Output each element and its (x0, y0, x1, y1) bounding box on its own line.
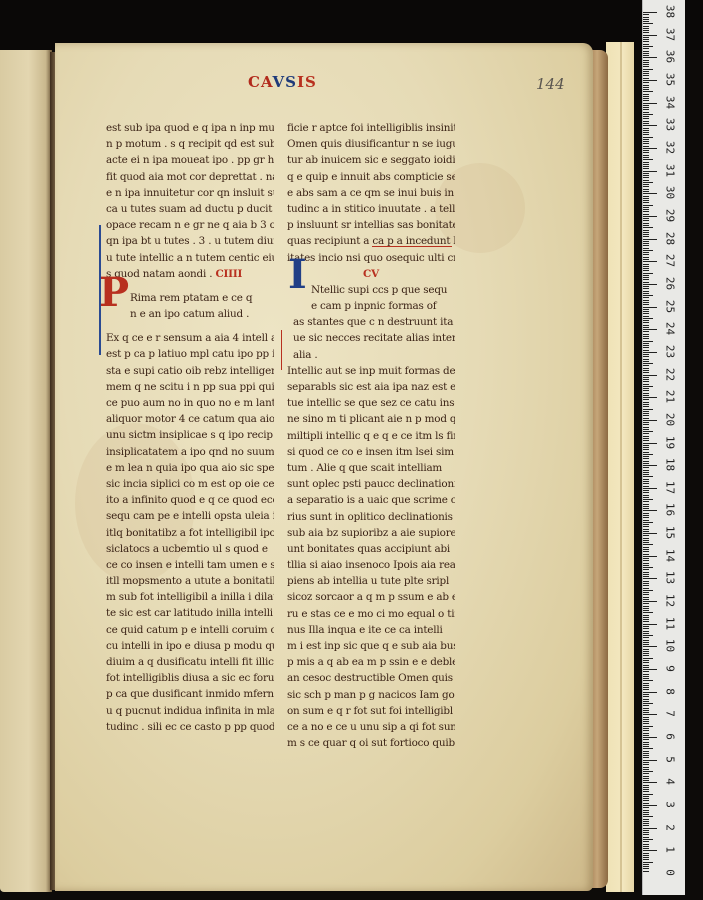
ruler-tick (643, 420, 657, 421)
text-column-a: est sub ipa quod e q ipa n inp mut ites … (106, 120, 274, 735)
ruler-tick (643, 273, 653, 274)
ruler-tick (643, 211, 649, 212)
running-title-red: CA (248, 73, 273, 91)
ruler-tick (643, 78, 649, 79)
ruler-tick (643, 479, 649, 480)
ruler-tick (643, 94, 649, 95)
ruler-tick (643, 567, 653, 568)
ruler-tick (643, 674, 649, 675)
ruler-tick (643, 549, 649, 550)
ruler-tick (643, 352, 657, 353)
ruler-tick (643, 680, 653, 681)
ruler-tick (643, 814, 649, 815)
ruler-tick (643, 134, 649, 135)
ruler-tick (643, 655, 649, 656)
ruler-tick (643, 710, 649, 711)
ruler-tick (643, 592, 649, 593)
ruler-tick (643, 316, 649, 317)
ruler-tick (643, 98, 649, 99)
text-line: ficie r aptce foi intelligiblis insinite (287, 120, 455, 136)
ruler-tick (643, 168, 649, 169)
ruler-tick (643, 699, 649, 700)
text-line: m s ce quar q oi sut fortioco quibz dig (287, 735, 455, 751)
ruler-tick (643, 637, 649, 638)
section-line: ue sic necces recitate alias inter (287, 330, 455, 346)
ruler-tick (643, 320, 649, 321)
text-line: Intellic aut se inp muit formas decles (287, 363, 455, 379)
ruler-tick (643, 601, 657, 602)
ruler-tick (643, 336, 649, 337)
text-line: ca u tutes suam ad ductu p ducit ea adi (106, 201, 274, 217)
text-line: ce puo aum no in quo no e m lantudo (106, 395, 274, 411)
text-line: sub aia bz supioribz a aie supiores istu (287, 525, 455, 541)
ruler-tick (643, 137, 653, 138)
ruler-tick (643, 608, 649, 609)
ruler-tick (643, 241, 649, 242)
ruler-tick (643, 48, 649, 49)
ruler-tick (643, 560, 649, 561)
running-title-red: IS (297, 73, 317, 91)
text-line: m sub fot intelligibil a inilla i dilata (106, 589, 274, 605)
ruler-tick (643, 708, 649, 709)
ruler-tick (643, 440, 649, 441)
text-line: ce co insen e intelli tam umen e sb illa (106, 557, 274, 573)
ruler-tick (643, 325, 649, 326)
text-line: s quod natam aondi . CIIII (106, 266, 274, 282)
text-line: ce quid catum p e intelli coruim om (106, 622, 274, 638)
ruler-tick (643, 232, 649, 233)
ruler-tick (643, 624, 657, 625)
text-line: ne sino m ti plicant aie n p mod q (287, 411, 455, 427)
ruler-tick (643, 868, 649, 869)
ruler-tick (643, 338, 649, 339)
ruler-tick (643, 230, 649, 231)
ruler-tick (643, 497, 649, 498)
ruler-tick (643, 155, 649, 156)
ruler-tick (643, 384, 649, 385)
ruler-tick (643, 264, 649, 265)
ruler-tick (643, 46, 653, 47)
ruler-tick (643, 712, 649, 713)
chapter-rubric: CV (363, 268, 379, 280)
ruler-tick (643, 735, 649, 736)
ruler-tick (643, 71, 649, 72)
ruler-tick (643, 404, 649, 405)
ruler-tick (643, 635, 653, 636)
ruler-tick (643, 205, 653, 206)
ruler-tick (643, 39, 649, 40)
ruler-tick (643, 177, 649, 178)
ruler-tick (643, 617, 649, 618)
ruler-tick (643, 825, 649, 826)
ruler-tick (643, 796, 649, 797)
ruler-tick (643, 705, 649, 706)
ruler-tick (643, 112, 649, 113)
text-line: est sub ipa quod e q ipa n inp mut ites (106, 120, 274, 136)
ruler-tick (643, 692, 657, 693)
ruler-tick (643, 714, 657, 715)
ruler-tick (643, 370, 649, 371)
ruler-tick (643, 538, 649, 539)
text-line: siclatocs a ucbemtio ul s quod e (106, 541, 274, 557)
ruler-tick (643, 379, 649, 380)
ruler-tick (643, 359, 649, 360)
ruler-tick (643, 250, 653, 251)
ruler-tick (643, 565, 649, 566)
text-line: fit quod aia mot cor deprettat . na aie (106, 169, 274, 185)
ruler-tick (643, 871, 649, 872)
chapter-rubric: CIIII (215, 268, 242, 280)
text-line: qn ipa bt u tutes . 3 . u tutem diuma (106, 233, 274, 249)
ruler-tick (643, 248, 649, 249)
text-line: cu intelli in ipo e diusa p modu que (106, 638, 274, 654)
text-line: piens ab intellia u tute plte sripl (287, 573, 455, 589)
text-line: insiplicatatem a ipo qnd no suum (106, 444, 274, 460)
text-line: si quod ce co e insen itm lsei sim (287, 444, 455, 460)
ruler-tick (643, 51, 649, 52)
ruler-tick (643, 309, 649, 310)
ruler-tick (643, 236, 649, 237)
ruler-tick (643, 125, 657, 126)
ruler-tick (643, 771, 653, 772)
text-line: e n ipa innuitetur cor qn insluit sup (106, 185, 274, 201)
ruler-tick (643, 397, 657, 398)
ruler-tick (643, 470, 649, 471)
ruler-tick (643, 694, 649, 695)
ruler-tick (643, 62, 649, 63)
ruler-tick (643, 828, 657, 829)
ruler-tick (643, 816, 653, 817)
ruler-tick (643, 37, 649, 38)
ruler-tick (643, 744, 649, 745)
text-line: fot intelligiblis diusa a sic ec foruna (106, 670, 274, 686)
ruler-tick (643, 746, 649, 747)
ruler-tick (643, 853, 649, 854)
ruler-tick (643, 606, 649, 607)
ruler-tick (643, 32, 649, 33)
section-line: e cam p inpnic formas of (287, 298, 455, 314)
ruler-tick (643, 116, 649, 117)
text-line: opace recam n e gr ne q aia b 3 opoco (106, 217, 274, 233)
ruler-tick (643, 467, 649, 468)
text-line: diuim a q dusificatu intelli fit illic (106, 654, 274, 670)
ruler-tick (643, 588, 649, 589)
ruler-tick (643, 180, 649, 181)
text-line: m i est inp sic que q e sub aia bus (287, 638, 455, 654)
ruler-tick (643, 662, 649, 663)
ruler-tick (643, 556, 657, 557)
text-line: sta e supi catio oib rebz intelligentia (106, 363, 274, 379)
ruler-tick (643, 443, 657, 444)
ruler-tick (643, 483, 649, 484)
ruler-tick (643, 295, 653, 296)
ruler-tick (643, 510, 657, 511)
ruler-tick (643, 234, 649, 235)
text-line: miltipli intellic q e q e ce itm ls fine… (287, 428, 455, 444)
ruler-tick (643, 35, 657, 36)
ruler-tick (643, 449, 649, 450)
ruler-tick (643, 859, 649, 860)
ruler-tick (643, 282, 649, 283)
ruler-tick (643, 798, 649, 799)
ruler-tick (643, 569, 649, 570)
ruler-tick (643, 431, 653, 432)
ruler-tick (643, 341, 653, 342)
ruler-tick (643, 805, 657, 806)
ruler-tick (643, 422, 649, 423)
ruler-tick (643, 331, 649, 332)
ruler-tick (643, 103, 657, 104)
text-line: Omen quis diusificantur n se iugu (287, 136, 455, 152)
text-line: tue intellic se que sez ce catu insen (287, 395, 455, 411)
ruler-tick (643, 343, 649, 344)
ruler-tick (643, 621, 649, 622)
ruler-tick (643, 60, 649, 61)
ruler-tick (643, 55, 649, 56)
ruler-tick (643, 157, 649, 158)
ruler-tick (643, 515, 649, 516)
ruler-tick (643, 424, 649, 425)
ruler-tick (643, 300, 649, 301)
ruler-tick (643, 456, 649, 457)
ruler-tick (643, 44, 649, 45)
ruler-tick (643, 789, 649, 790)
ruler-tick (643, 689, 649, 690)
ruler-tick (643, 69, 653, 70)
ruler-tick (643, 118, 649, 119)
chapter-rubric-line: CV (287, 266, 455, 282)
ruler-tick (643, 848, 649, 849)
ruler-tick (643, 164, 649, 165)
ruler-tick (643, 486, 649, 487)
ruler-tick (643, 554, 649, 555)
ruler-tick (643, 75, 649, 76)
ruler-tick (643, 329, 657, 330)
ruler-tick (643, 146, 649, 147)
ruler-tick (643, 506, 649, 507)
ruler-tick (643, 669, 657, 670)
ruler-tick (643, 721, 649, 722)
ruler-tick (643, 597, 649, 598)
ruler-tick (643, 193, 657, 194)
ruler-tick (643, 291, 649, 292)
ruler-tick (643, 785, 649, 786)
ruler-tick (643, 207, 649, 208)
ruler-tick (643, 540, 649, 541)
ruler-tick (643, 452, 649, 453)
ruler-tick (643, 89, 649, 90)
ruler-tick (643, 252, 649, 253)
ruler-tick (643, 322, 649, 323)
ruler-tick (643, 504, 649, 505)
ruler-tick (643, 350, 649, 351)
ruler-tick (643, 719, 649, 720)
text-line: unu sictm insiplicae s q ipo recip (106, 427, 274, 443)
ruler-tick (643, 572, 649, 573)
ruler-tick (643, 354, 649, 355)
ruler-tick (643, 363, 653, 364)
ruler-tick (643, 678, 649, 679)
ruler-tick (643, 107, 649, 108)
ruler-tick (643, 529, 649, 530)
ruler-tick (643, 834, 649, 835)
text-line: itlq bonitatibz a fot intelligibil ipo (106, 525, 274, 541)
ruler-tick (643, 41, 649, 42)
ruler-tick (643, 286, 649, 287)
text-line: n p motum . s q recipit qd est sub op (106, 136, 274, 152)
text-line: nus Illa inqua e ite ce ca intelli (287, 622, 455, 638)
decorated-initial-p: P (99, 273, 129, 313)
ruler-tick (643, 447, 649, 448)
ruler-tick (643, 492, 649, 493)
ruler-tick (643, 733, 649, 734)
text-line: a separatio is a uaic que scrime ce inse (287, 492, 455, 508)
ruler-tick (643, 91, 653, 92)
ruler-tick (643, 386, 653, 387)
text-line: ito a infinito quod e q ce quod ecco (106, 492, 274, 508)
text-line: est p ca p latiuo mpl catu ipo pp illo (106, 346, 274, 362)
ruler-tick (643, 780, 649, 781)
ruler-tick (643, 640, 649, 641)
ruler-tick (643, 361, 649, 362)
ruler-tick (643, 196, 649, 197)
ruler-tick (643, 377, 649, 378)
section-line: as stantes que c n destruunt ita (287, 314, 455, 330)
ruler-tick (643, 82, 649, 83)
text-column-b: ficie r aptce foi intelligiblis insinite… (287, 120, 455, 751)
text-line: u q pucnut indidua infinita in mla (106, 703, 274, 719)
ruler-tick (643, 150, 649, 151)
ruler-tick (643, 513, 649, 514)
ruler-tick (643, 649, 649, 650)
ruler-tick (643, 615, 649, 616)
ruler-tick (643, 762, 649, 763)
ruler-tick (643, 418, 649, 419)
ruler-tick (643, 186, 649, 187)
rubric-flourish (372, 246, 452, 247)
text-line: mem q ne scitu i n pp sua ppi quietatem (106, 379, 274, 395)
ruler-tick (643, 372, 649, 373)
ruler-tick (643, 200, 649, 201)
ruler-tick (643, 844, 649, 845)
ruler-tick (643, 128, 649, 129)
text-line: p mis a q ab ea m p ssin e e deble cu (287, 654, 455, 670)
ruler-tick (643, 245, 649, 246)
ruler-tick (643, 590, 653, 591)
ruler-tick (643, 254, 649, 255)
ruler-tick (643, 214, 649, 215)
ruler-tick (643, 563, 649, 564)
ruler-tick (643, 578, 657, 579)
text-line: sicoz sorcaor a q m p ssum e ab ea si (287, 589, 455, 605)
ruler-tick (643, 522, 653, 523)
ruler-tick (643, 365, 649, 366)
section-line: Rima rem ptatam e ce q (106, 290, 274, 306)
ruler-tick (643, 807, 649, 808)
ruler-tick (643, 415, 649, 416)
ruler-tick (643, 12, 657, 13)
ruler-tick (643, 406, 649, 407)
ruler-tick (643, 96, 649, 97)
ruler-tick (643, 390, 649, 391)
ruler-tick (643, 171, 657, 172)
ruler-tick (643, 23, 653, 24)
ruler-tick (643, 139, 649, 140)
ruler-tick (643, 581, 649, 582)
ruler-label: 20 (664, 406, 677, 432)
ruler-tick (643, 429, 649, 430)
ruler-tick (643, 547, 649, 548)
ruler-tick (643, 821, 649, 822)
text-line: separabls sic est aia ipa naz est ex ips… (287, 379, 455, 395)
ruler-tick (643, 651, 649, 652)
ruler-tick (643, 517, 649, 518)
ruler-tick (643, 703, 653, 704)
ruler-tick (643, 409, 653, 410)
ruler-tick (643, 327, 649, 328)
ruler-tick (643, 476, 653, 477)
ruler-tick (643, 558, 649, 559)
ruler-tick (643, 810, 649, 811)
text-line: sic sch p man p g nacicos Iam go (287, 687, 455, 703)
ruler-tick (643, 857, 649, 858)
ruler-tick (643, 173, 649, 174)
ruler-tick (643, 610, 649, 611)
ruler-tick (643, 73, 649, 74)
ruler-tick (643, 742, 649, 743)
ruler-tick (643, 794, 653, 795)
ruler-tick (643, 313, 649, 314)
ruler-tick (643, 465, 657, 466)
text-line: sic incia siplici co m est op oie cesin (106, 476, 274, 492)
ruler-label: 0 (664, 860, 677, 886)
ruler-tick (643, 535, 649, 536)
ruler-tick (643, 275, 649, 276)
ruler-tick (643, 642, 649, 643)
ruler-tick (643, 839, 653, 840)
ruler-tick (643, 458, 649, 459)
running-title-blue: S (285, 73, 297, 91)
ruler-tick (643, 472, 649, 473)
ruler-tick (643, 80, 657, 81)
ruler-tick (643, 261, 657, 262)
ruler-tick (643, 760, 657, 761)
ruler-tick (643, 748, 653, 749)
text-line: ce a no e ce u unu sip a qi fot sunt aic (287, 719, 455, 735)
folio-number: 144 (536, 75, 565, 93)
ruler-tick (643, 114, 653, 115)
ruler-tick (643, 438, 649, 439)
ruler-tick (643, 830, 649, 831)
ruler-tick (643, 755, 649, 756)
initial-flourish (281, 330, 282, 370)
text-line: tudinc . sili ec ce casto p pp quod dius… (106, 719, 274, 735)
ruler-tick (643, 288, 649, 289)
ruler-tick (643, 723, 649, 724)
text-line: rius sunt in oplitico declinationis (287, 509, 455, 525)
ruler-tick (643, 574, 649, 575)
ruler-tick (643, 499, 653, 500)
ruler-tick (643, 100, 649, 101)
ruler-tick (643, 311, 649, 312)
ruler-tick (643, 393, 649, 394)
ruler-tick (643, 488, 657, 489)
ruler-tick (643, 243, 649, 244)
text-line: tum . Alie q que scait intelliam (287, 460, 455, 476)
running-title: CAVSIS (248, 73, 317, 91)
ruler-tick (643, 660, 649, 661)
ruler-tick (643, 832, 649, 833)
